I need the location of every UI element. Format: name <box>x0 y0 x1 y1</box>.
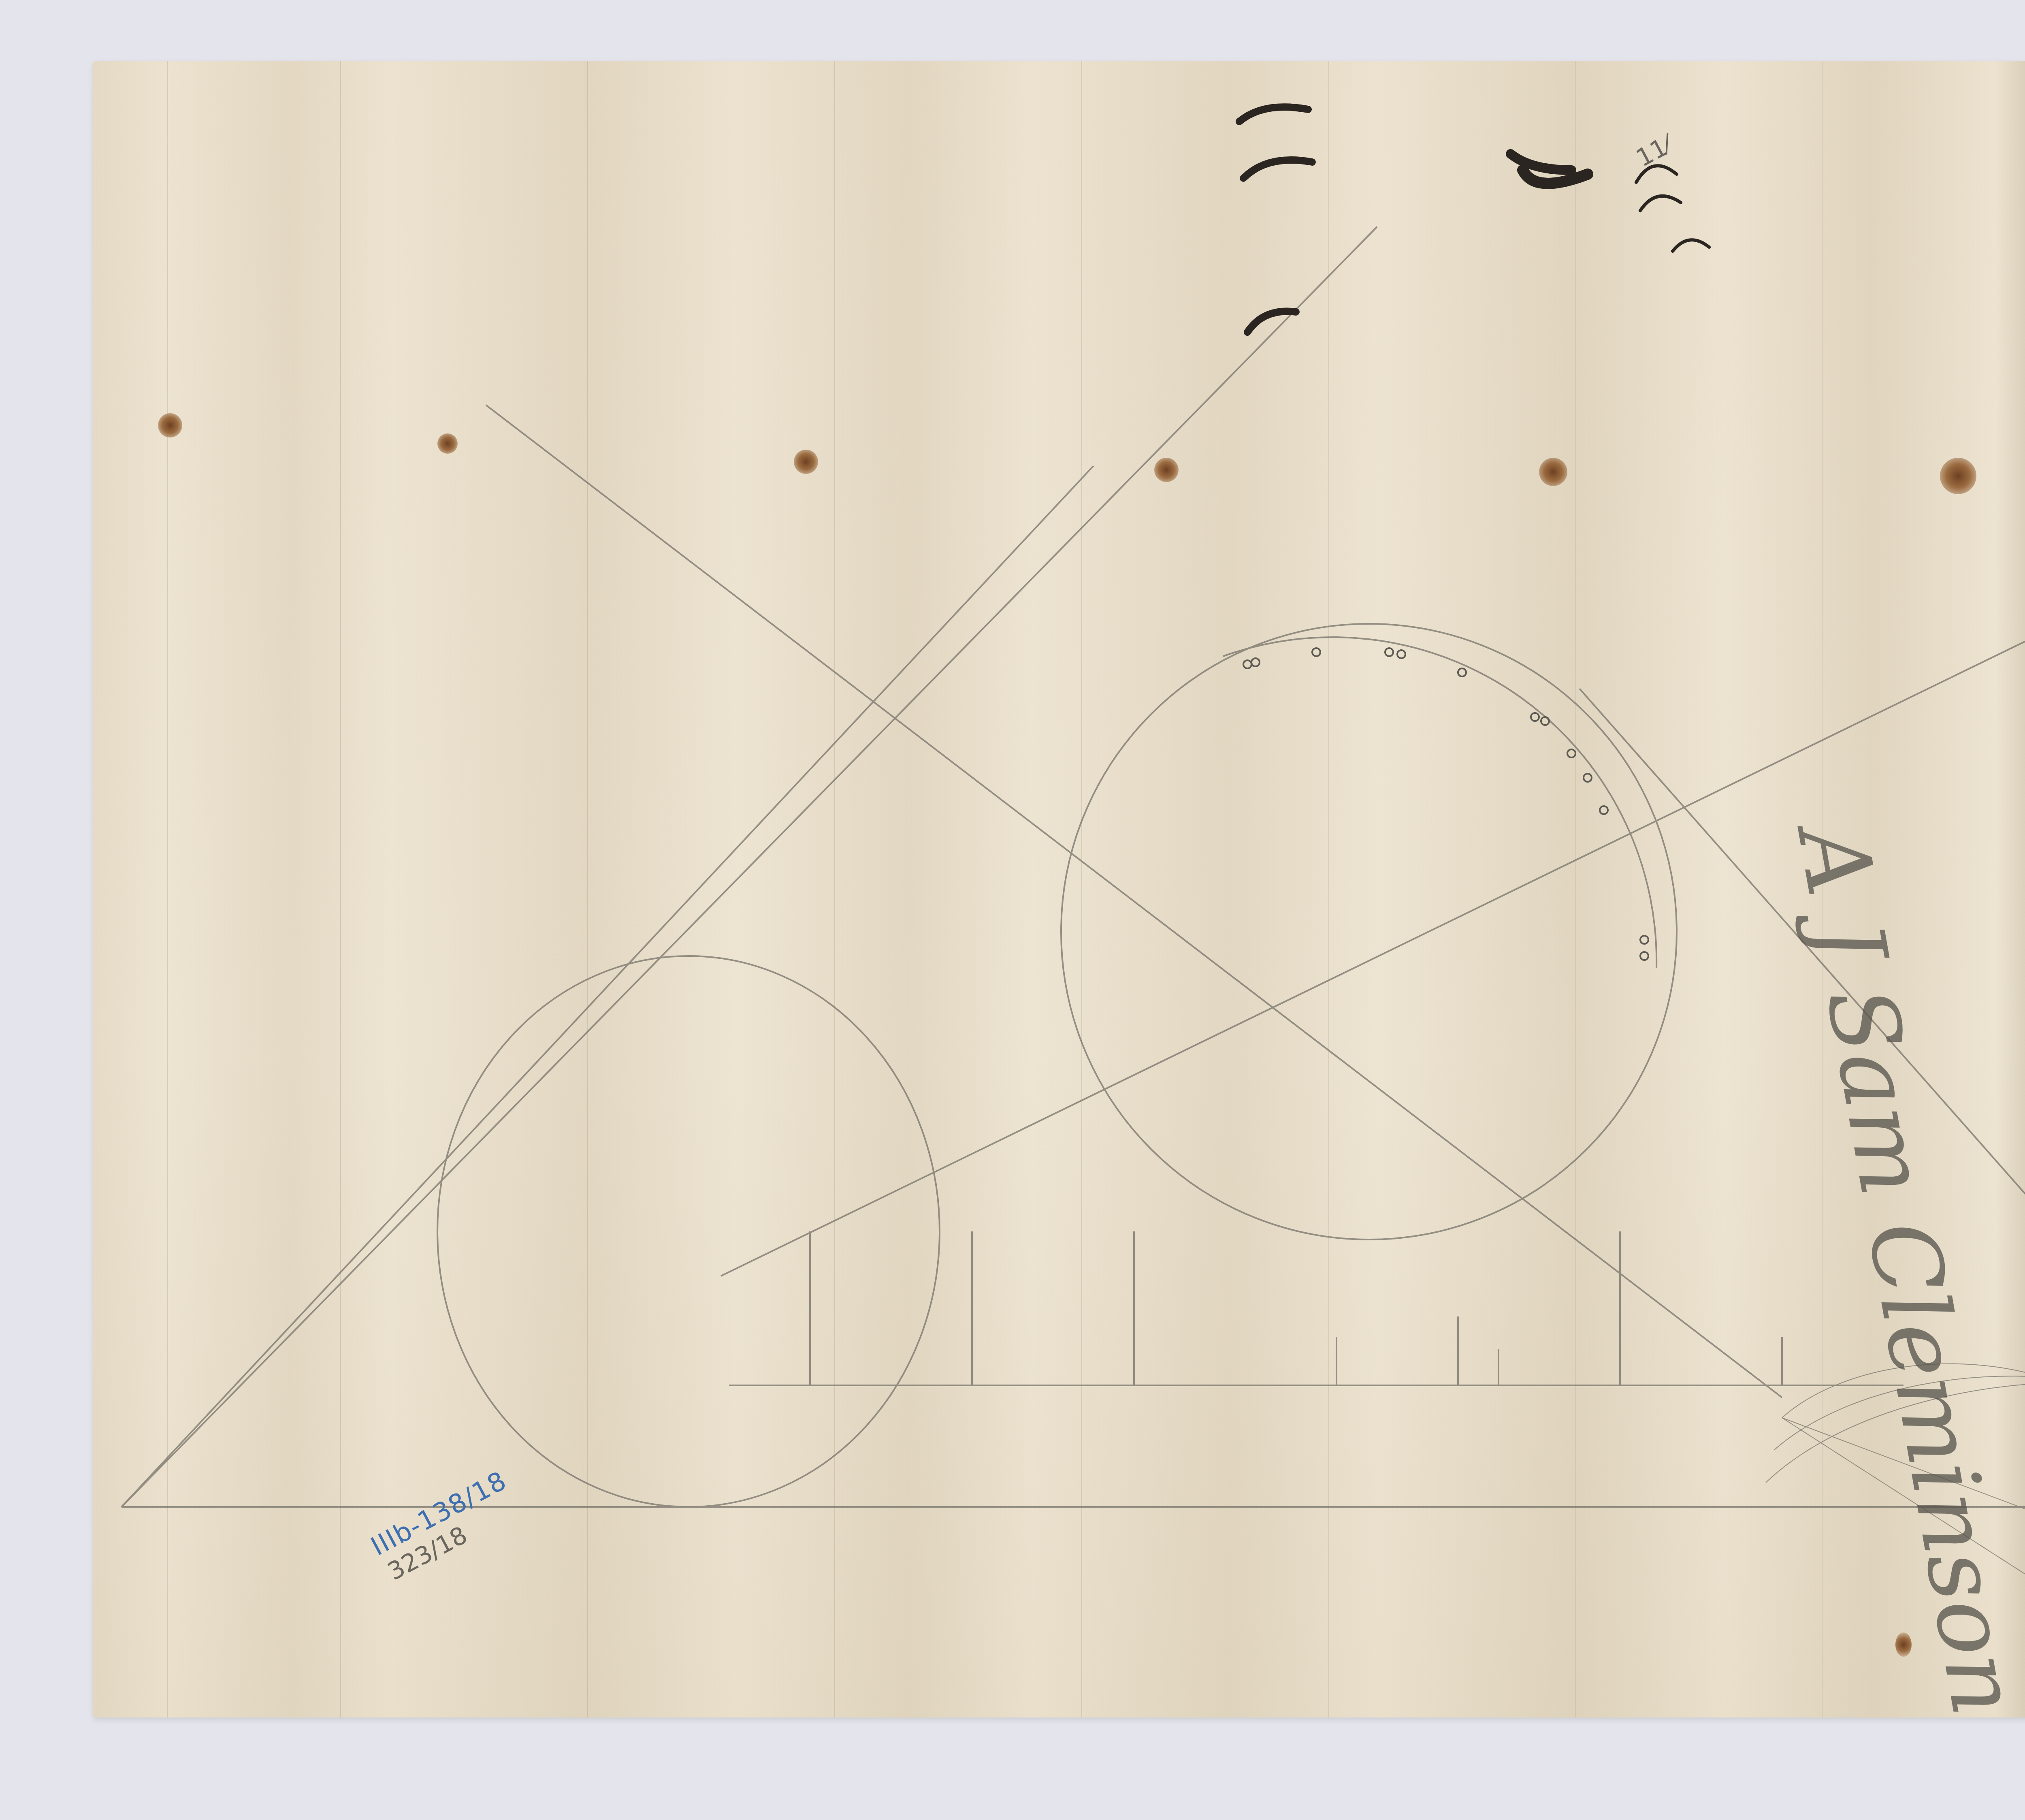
outer-arc <box>1223 637 1656 968</box>
central-circle <box>1061 624 1677 1240</box>
scale-ticks <box>810 1231 1782 1385</box>
ink-pen-strokes <box>1239 107 2025 948</box>
pencil-construction-drawing <box>0 0 2025 1820</box>
diagonal-line <box>122 227 1377 1507</box>
left-circle <box>437 956 940 1507</box>
ring-small-circles <box>1243 648 1648 960</box>
diagonal-line <box>122 466 1093 1507</box>
